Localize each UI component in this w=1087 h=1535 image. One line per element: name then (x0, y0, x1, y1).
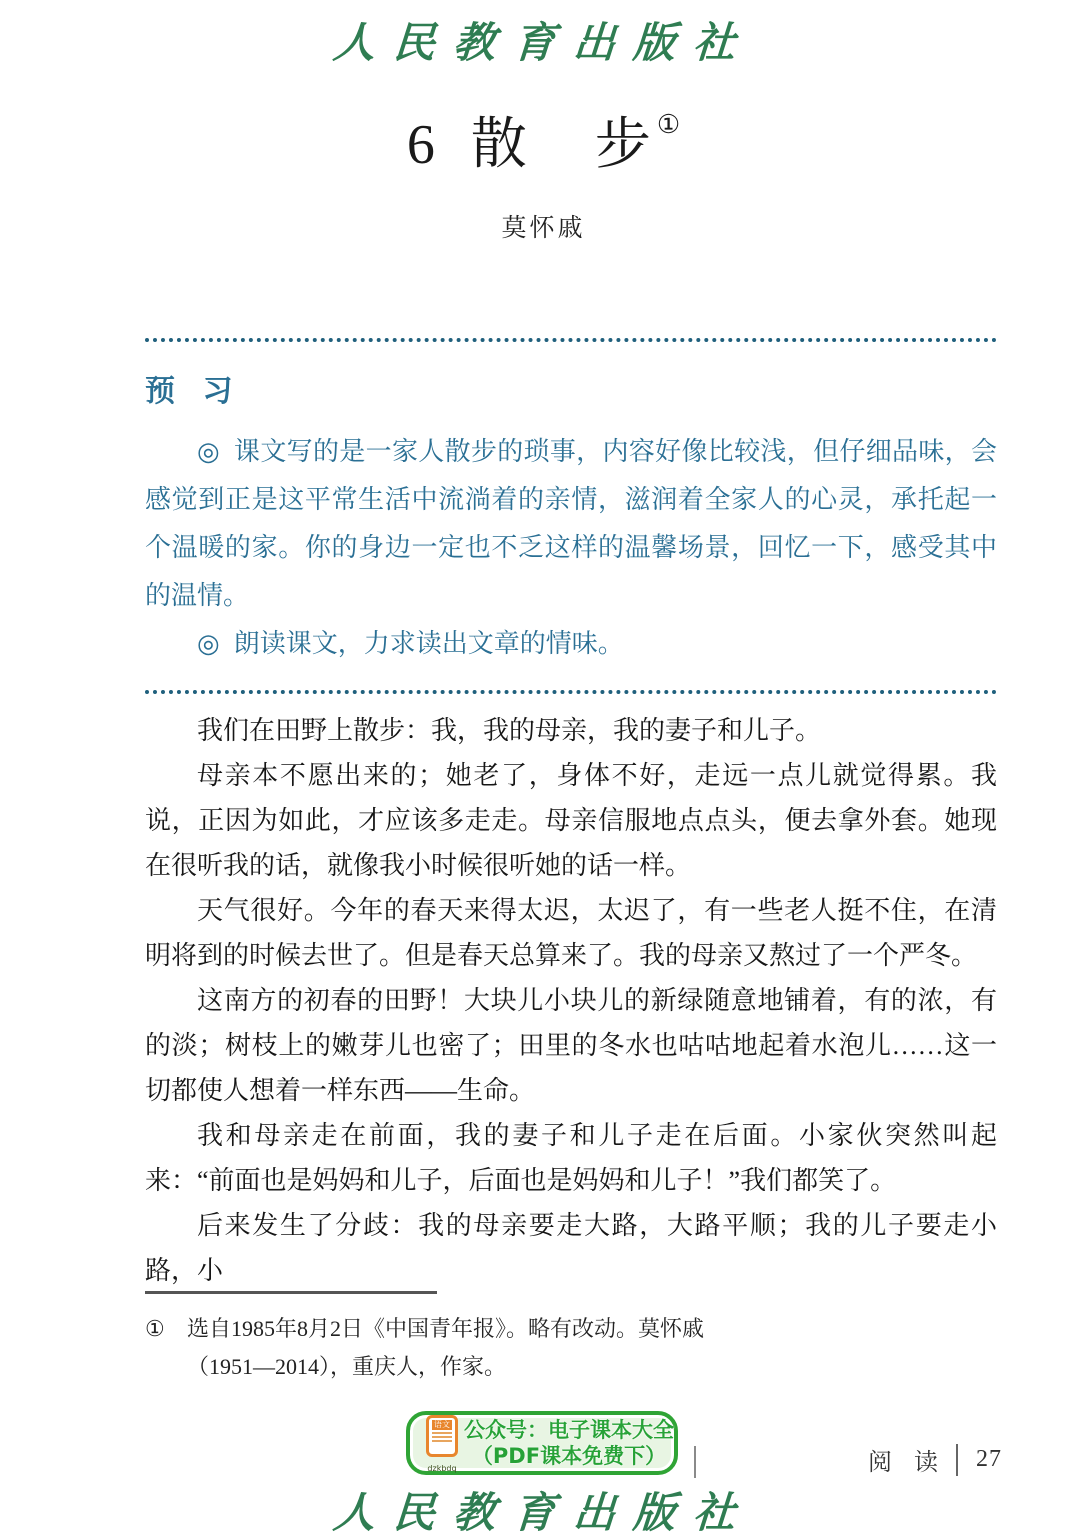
lesson-body: 我们在田野上散步：我，我的母亲，我的妻子和儿子。 母亲本不愿出来的；她老了，身体… (145, 708, 997, 1293)
body-paragraph: 我和母亲走在前面，我的妻子和儿子走在后面。小家伙突然叫起来：“前面也是妈妈和儿子… (145, 1113, 997, 1203)
badge-side-rule (694, 1446, 696, 1478)
lesson-title: 6散 步① (0, 100, 1087, 180)
lesson-number: 6 (407, 114, 441, 176)
author-name: 莫怀戚 (0, 208, 1087, 244)
badge-line1: 公众号：电子课本大全 (464, 1417, 674, 1443)
icon-caption-text: dzkbdq (420, 1464, 464, 1473)
publisher-logo-top: 人民教育出版社 (0, 10, 1087, 70)
preview-item-text: 课文写的是一家人散步的琐事，内容好像比较浅，但仔细品味，会感觉到正是这平常生活中… (145, 437, 997, 610)
footnote: ① 选自1985年8月2日《中国青年报》。略有改动。莫怀戚（1951—2014）… (145, 1291, 745, 1386)
body-paragraph: 我们在田野上散步：我，我的母亲，我的妻子和儿子。 (145, 708, 997, 753)
page-footer: 阅 读 27 (868, 1442, 1002, 1477)
preview-item: ◎朗读课文，力求读出文章的情味。 (145, 620, 997, 668)
phone-screen-label: 语文 (432, 1420, 452, 1430)
footnote-text: 选自1985年8月2日《中国青年报》。略有改动。莫怀戚（1951—2014），重… (187, 1316, 704, 1379)
dotted-divider-top (145, 338, 997, 342)
textbook-phone-icon: 语文 dzkbdq (420, 1415, 464, 1471)
footnote-reference-superscript: ① (657, 110, 680, 139)
bullseye-bullet-icon: ◎ (197, 437, 220, 466)
badge-text: 公众号：电子课本大全 （PDF课本免费下） (464, 1417, 674, 1469)
preview-item-text: 朗读课文，力求读出文章的情味。 (234, 629, 624, 658)
publisher-logo-bottom: 人民教育出版社 (0, 1480, 1087, 1535)
page-number: 27 (976, 1446, 1002, 1473)
preview-heading: 预 习 (145, 366, 997, 410)
lesson-title-text: 散 步 (471, 114, 657, 176)
preview-item: ◎课文写的是一家人散步的琐事，内容好像比较浅，但仔细品味，会感觉到正是这平常生活… (145, 428, 997, 620)
footnote-divider (145, 1291, 437, 1294)
bullseye-bullet-icon: ◎ (197, 629, 220, 658)
section-label: 阅 读 (868, 1442, 946, 1477)
body-paragraph: 母亲本不愿出来的；她老了，身体不好，走远一点儿就觉得累。我说，正因为如此，才应该… (145, 753, 997, 888)
badge-line2: （PDF课本免费下） (464, 1443, 674, 1469)
body-paragraph: 后来发生了分歧：我的母亲要走大路，大路平顺；我的儿子要走小路，小 (145, 1203, 997, 1293)
footer-divider-bar (956, 1444, 958, 1476)
footnote-marker: ① (145, 1310, 165, 1348)
dotted-divider-bottom (145, 690, 997, 694)
body-paragraph: 这南方的初春的田野！大块儿小块儿的新绿随意地铺着，有的浓，有的淡；树枝上的嫩芽儿… (145, 978, 997, 1113)
body-paragraph: 天气很好。今年的春天来得太迟，太迟了，有一些老人挺不住，在清明将到的时候去世了。… (145, 888, 997, 978)
preview-section: 预 习 ◎课文写的是一家人散步的琐事，内容好像比较浅，但仔细品味，会感觉到正是这… (145, 338, 997, 694)
wechat-public-account-badge: 语文 dzkbdq 公众号：电子课本大全 （PDF课本免费下） (406, 1411, 678, 1475)
